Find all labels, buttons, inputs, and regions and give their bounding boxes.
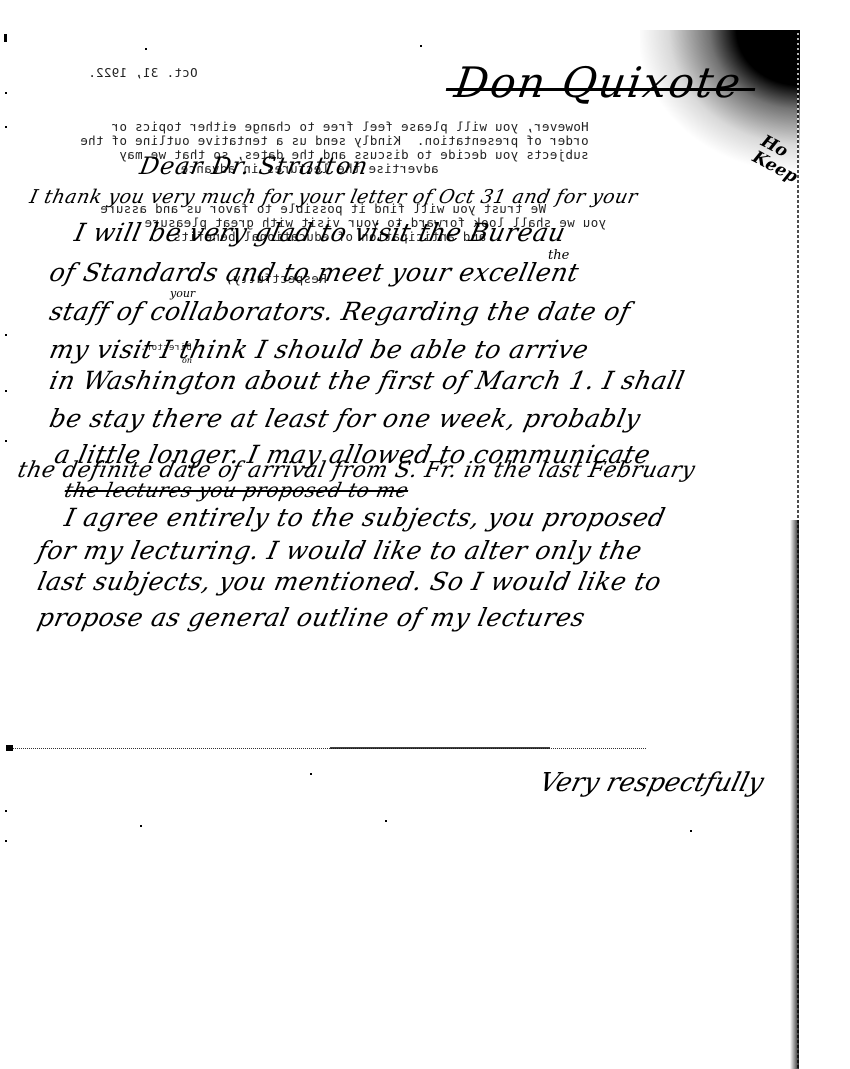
handwritten-line: staff of collaborators. Regarding the da… [47,297,633,326]
scan-speck [140,825,142,827]
page-divider-mark [6,745,13,751]
scan-speck [5,390,7,392]
scan-speck [385,820,387,822]
handwritten-header: Don Quixote [452,58,746,107]
handwritten-line: I agree entirely to the subjects, you pr… [62,503,668,532]
scan-speck [5,126,7,128]
scan-speck [5,92,7,94]
scanned-letter-page: Oct. 31, 1922. However, you will please … [0,0,850,1069]
handwritten-line: I thank you very much for your letter of… [28,186,640,208]
scan-speck [5,440,7,442]
mirrored-line: order of presentation. Kindly send us a … [80,134,589,148]
handwritten-salutation: Dear Dr. Stratton [138,152,371,180]
handwritten-line: of Standards and to meet your excellent [47,258,582,287]
header-text: Don Quixote [452,58,746,107]
mirrored-line: However, you will please feel free to ch… [80,120,589,134]
handwritten-line: I will be very glad to visit the Bureau [72,218,568,247]
scan-speck [5,840,7,842]
page-divider-dotted [6,748,646,749]
scan-mark [4,34,7,42]
scan-speck [145,48,147,50]
scan-speck [310,773,312,775]
scan-edge-shadow [790,520,799,1069]
scan-speck [420,45,422,47]
handwritten-line: be stay there at least for one week, pro… [47,404,643,433]
handwritten-insertion: your [170,287,195,300]
handwritten-line: last subjects, you mentioned. So I would… [35,567,664,596]
handwritten-line: propose as general outline of my lecture… [35,603,588,632]
scan-speck [690,830,692,832]
scan-speck [5,810,7,812]
handwritten-closing: Very respectfully [536,768,767,798]
mirrored-typed-date: Oct. 31, 1922. [88,66,198,80]
header-strikethrough [446,88,755,91]
handwritten-line-struck: the lectures you proposed to me [62,478,410,502]
handwritten-insertion: the [548,248,569,263]
page-divider-solid [330,747,550,749]
scan-speck [5,334,7,336]
handwritten-line: for my lecturing. I would like to alter … [35,536,645,565]
handwritten-insertion: on [182,356,192,365]
handwritten-line: in Washington about the first of March 1… [47,366,687,395]
handwritten-line: my visit I think I should be able to arr… [47,335,592,364]
